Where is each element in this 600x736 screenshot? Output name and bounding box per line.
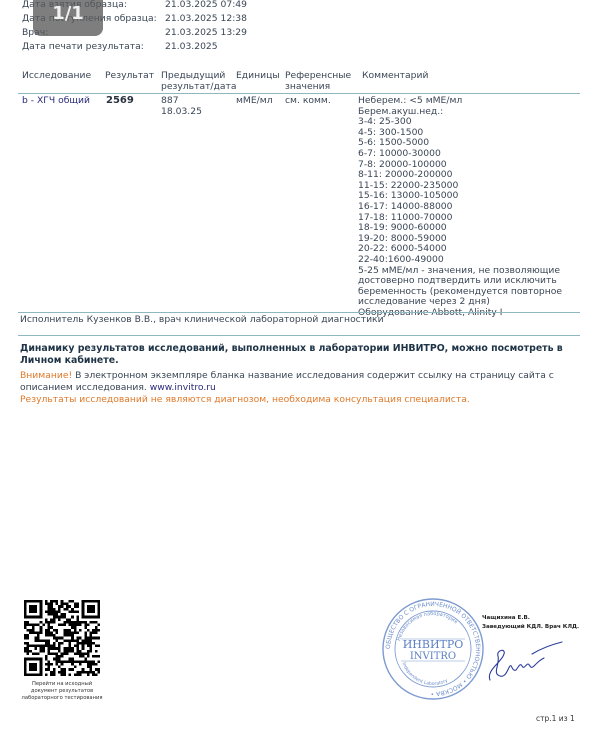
qr-caption: Перейти на исходный документ результатов…: [12, 681, 112, 703]
comment-cell: Неберем.: <5 мМЕ/млБерем.акуш.нед.:3-4: …: [358, 96, 562, 318]
header-previous-line2: результат/дата: [161, 81, 237, 92]
header-comment: Комментарий: [362, 70, 428, 81]
comment-line: Оборудование Abbott, Alinity I: [358, 308, 562, 319]
qr-caption-line: документ результатов: [12, 688, 112, 695]
previous-result: 887 18.03.25: [161, 96, 202, 117]
header-test: Исследование: [22, 70, 91, 81]
previous-date: 18.03.25: [161, 107, 202, 118]
section-divider: [18, 335, 580, 336]
previous-value: 887: [161, 96, 202, 107]
header-result: Результат: [105, 70, 154, 81]
notice-body: В электронном экземпляре бланка название…: [20, 370, 554, 393]
header-previous: Предыдущий результат/дата: [161, 70, 237, 92]
signature-icon: [484, 640, 564, 685]
result-value: 2569: [106, 96, 134, 107]
svg-text:ИНВИТРО: ИНВИТРО: [403, 638, 464, 651]
meta-value: 21.03.2025: [165, 40, 218, 54]
comment-line: 6-7: 10000-30000: [358, 149, 562, 160]
header-reference-line2: значения: [285, 81, 351, 92]
meta-value: 21.03.2025 07:49: [165, 0, 247, 12]
qr-caption-line: Перейти на исходный: [12, 681, 112, 688]
invitro-stamp-icon: ОБЩЕСТВО С ОГРАНИЧЕННОЙ ОТВЕТСТВЕННОСТЬЮ…: [381, 597, 485, 701]
svg-text:INVITRO: INVITRO: [410, 651, 456, 662]
signer-position: Заведующий КДЛ. Врач КЛД.: [482, 623, 579, 632]
test-name-link[interactable]: b - ХГЧ общий: [22, 96, 90, 107]
qr-caption-line: лабораторного тестирования: [12, 695, 112, 702]
page-number: стр.1 из 1: [536, 714, 575, 723]
meta-value: 21.03.2025 12:38: [165, 12, 247, 26]
header-reference: Референсные значения: [285, 70, 351, 92]
row-divider: [18, 312, 580, 313]
signer-block: Чащихина Е.В. Заведующий КДЛ. Врач КЛД.: [482, 614, 579, 632]
invitro-link[interactable]: www.invitro.ru: [150, 382, 216, 393]
performer-text: Исполнитель Кузенков В.В., врач клиничес…: [20, 314, 384, 325]
meta-label: Дата печати результата:: [22, 40, 144, 54]
page-counter-badge: 1/1: [33, 0, 103, 36]
notice-text: Внимание! В электронном экземпляре бланк…: [20, 370, 590, 394]
comment-line: Неберем.: <5 мМЕ/мл: [358, 96, 562, 107]
header-divider: [18, 93, 580, 94]
header-reference-line1: Референсные: [285, 70, 351, 81]
signer-name: Чащихина Е.В.: [482, 614, 579, 623]
notice-warning-word: Внимание!: [20, 370, 72, 381]
disclaimer-text: Результаты исследований не являются диаг…: [20, 394, 470, 405]
svg-text:Independent Laboratory: Independent Laboratory: [401, 662, 449, 687]
comment-line: 22-40:1600-49000: [358, 255, 562, 266]
header-previous-line1: Предыдущий: [161, 70, 237, 81]
qr-code[interactable]: [24, 600, 100, 676]
units-value: мМЕ/мл: [236, 96, 273, 107]
header-units: Единицы: [236, 70, 280, 81]
dynamics-note: Динамику результатов исследований, выпол…: [20, 343, 580, 367]
meta-value: 21.03.2025 13:29: [165, 26, 247, 40]
reference-value: см. комм.: [285, 96, 331, 107]
comment-line: 16-17: 14000-88000: [358, 202, 562, 213]
